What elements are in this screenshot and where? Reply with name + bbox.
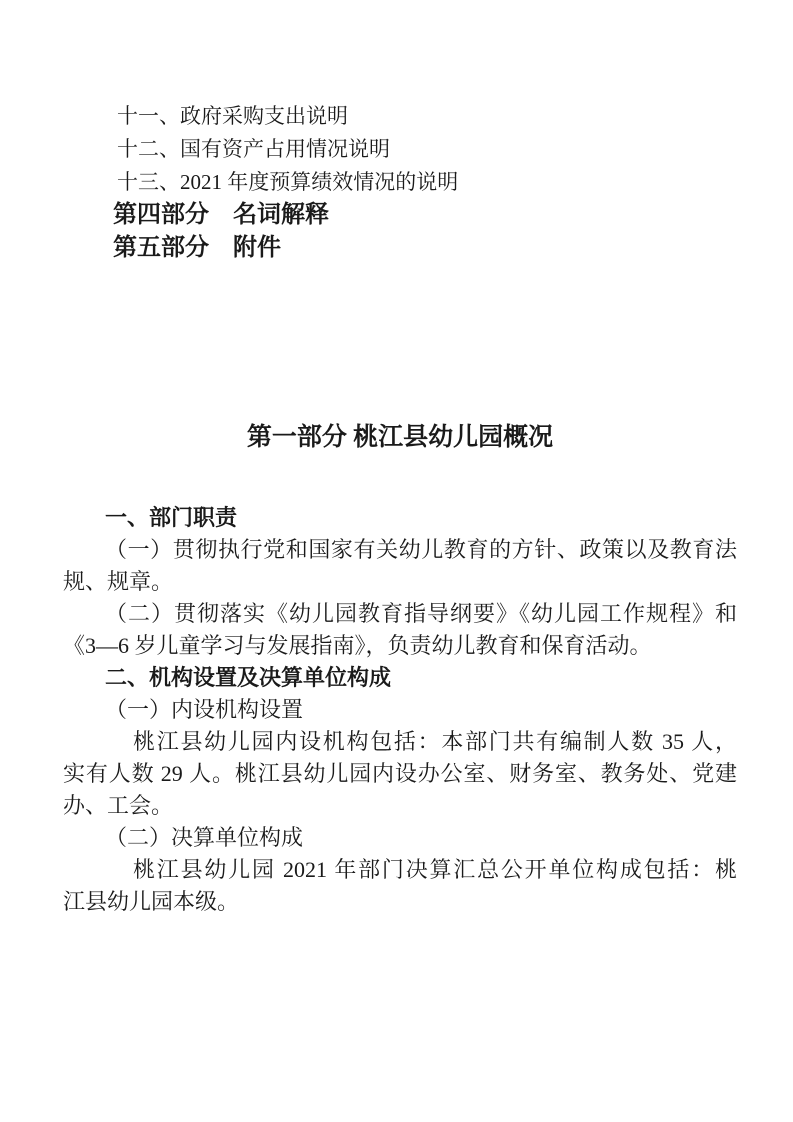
part-heading-five: 第五部分 附件 [63,232,737,265]
body-line: 江县幼儿园本级。 [63,886,737,918]
body-heading: 二、机构设置及决算单位构成 [63,662,737,694]
body-heading: 一、部门职责 [63,502,737,534]
body-line: 实有人数 29 人。桃江县幼儿园内设办公室、财务室、教务处、党建 [63,758,737,790]
body-line: （二）贯彻落实《幼儿园教育指导纲要》《幼儿园工作规程》和 [63,598,737,630]
toc-block: 十一、政府采购支出说明 十二、国有资产占用情况说明 十三、2021 年度预算绩效… [63,100,737,265]
section-title: 第一部分 桃江县幼儿园概况 [63,420,737,456]
part-heading-four: 第四部分 名词解释 [63,199,737,232]
document-page: 十一、政府采购支出说明 十二、国有资产占用情况说明 十三、2021 年度预算绩效… [0,0,793,1122]
body-line: （一）贯彻执行党和国家有关幼儿教育的方针、政策以及教育法 [63,534,737,566]
body-line: 办、工会。 [63,790,737,822]
body-subheading: （一）内设机构设置 [63,694,737,726]
section-body: 一、部门职责 （一）贯彻执行党和国家有关幼儿教育的方针、政策以及教育法 规、规章… [63,502,737,918]
body-line: 桃江县幼儿园 2021 年部门决算汇总公开单位构成包括：桃 [63,854,737,886]
toc-item: 十一、政府采购支出说明 [63,100,737,133]
body-line: 规、规章。 [63,566,737,598]
toc-item: 十二、国有资产占用情况说明 [63,133,737,166]
body-subheading: （二）决算单位构成 [63,822,737,854]
body-line: 桃江县幼儿园内设机构包括：本部门共有编制人数 35 人， [63,726,737,758]
body-line: 《3—6 岁儿童学习与发展指南》，负责幼儿教育和保育活动。 [63,630,737,662]
toc-item: 十三、2021 年度预算绩效情况的说明 [63,166,737,199]
